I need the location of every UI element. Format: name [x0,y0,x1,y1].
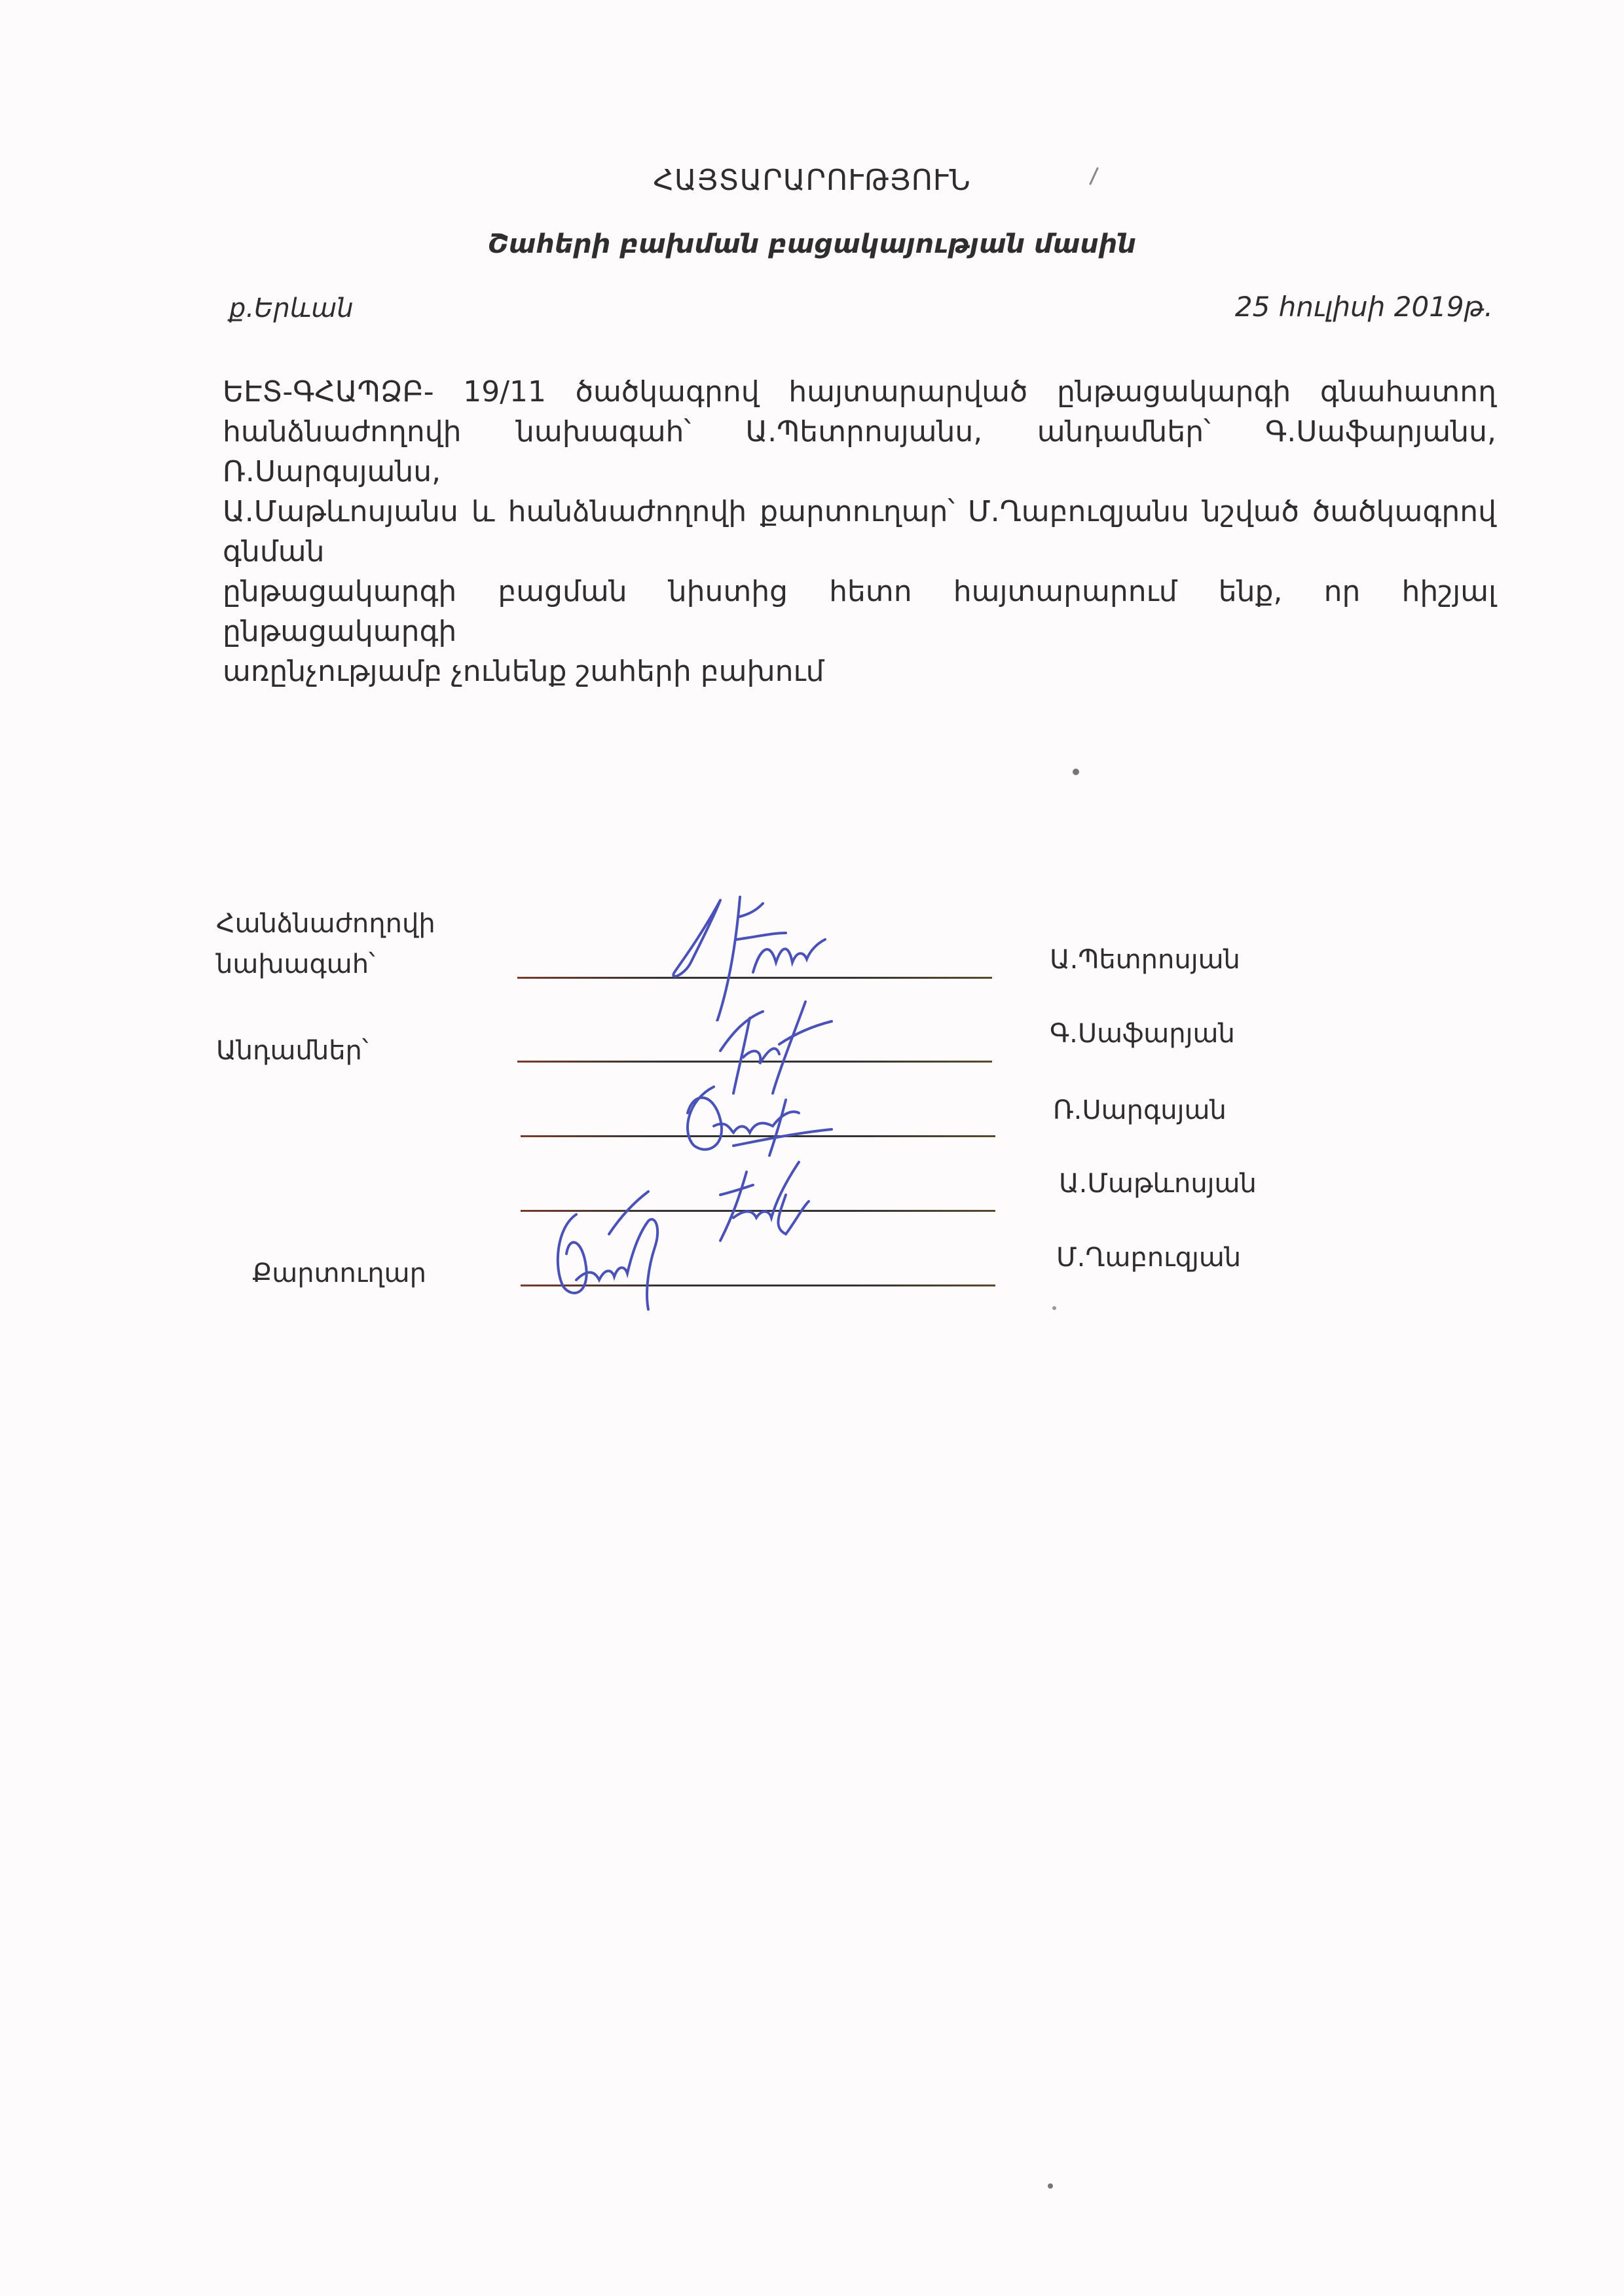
body-line: ընթացակարգի բացման նիստից հետո հայտարարո… [223,572,1496,651]
body-line: Ա.Մաթևոսյանս և հանձնաժողովի քարտուղար՝ Մ… [223,492,1496,572]
signature-secretary-icon [550,1188,720,1313]
members-label: Անդամներ՝ [216,1036,368,1066]
scan-speck [1048,2183,1053,2189]
declaration-body: ԵԷՏ-ԳՀԱՊՁԲ- 19/11 ծածկագրով հայտարարված … [223,372,1496,691]
scan-speck [1052,1306,1056,1310]
document-city: ք.Երևան [229,293,354,323]
signature-member-2-icon [668,1074,877,1165]
scan-speck [1073,769,1079,775]
document-date: 25 հուլիսի 2019թ. [1235,291,1493,323]
document-subtitle: Շահերի բախման բացակայության մասին [0,229,1624,259]
secretary-label: Քարտուղար [252,1258,426,1288]
chair-label-line2: նախագահ՝ [216,949,375,979]
signatory-name: Ռ.Սարգսյան [1053,1095,1227,1125]
body-line: հանձնաժողովի նախագահ՝ Ա.Պետրոսյանս, անդա… [223,412,1496,492]
signatory-name: Գ.Սաֆարյան [1050,1019,1235,1049]
document-title: ՀԱՅՏԱՐԱՐՈՒԹՅՈՒՆ [0,164,1624,197]
pen-mark-icon [1087,167,1100,187]
signatory-name: Ա.Մաթևոսյան [1059,1169,1257,1199]
body-line: առընչությամբ չունենք շահերի բախում [223,651,1496,691]
signatory-name: Ա.Պետրոսյան [1050,945,1240,975]
signatory-name: Մ.Ղաբուզյան [1056,1243,1241,1273]
body-line: ԵԷՏ-ԳՀԱՊՁԲ- 19/11 ծածկագրով հայտարարված … [223,372,1496,412]
chair-label-line1: Հանձնաժողովի [216,909,435,939]
